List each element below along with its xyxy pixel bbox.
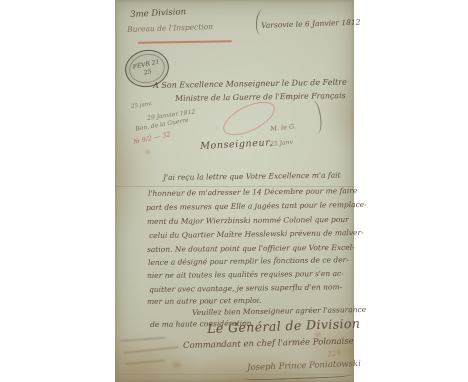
body-line: J'ai reçu la lettre que Votre Excellence… — [163, 172, 341, 182]
body-line: sation. Ne doutant point que l'officier … — [147, 244, 355, 254]
body-line: celui du Quartier Maître Hesslewski prév… — [149, 229, 364, 239]
margin-note-small: 25 janv. — [131, 102, 153, 110]
body-line: lence a désigné pour remplir les fonctio… — [148, 256, 349, 266]
right-note-date: 25 Janv — [270, 140, 293, 148]
right-note-initials: M. le G. — [270, 123, 296, 132]
body-line: l'honneur de m'adresser le 14 Décembre p… — [148, 187, 357, 197]
header-division: 3me Division — [130, 8, 186, 19]
body-line: quitter avec avantage, je serais superfl… — [149, 283, 342, 293]
stain-spot — [173, 362, 181, 368]
right-note-flourish — [309, 99, 324, 134]
closing-title: Le Général de Division — [207, 318, 360, 336]
red-underline — [138, 40, 232, 43]
photo-background: 3me Division Bureau de l'Inspection FÉVR… — [0, 0, 468, 382]
header-bureau: Bureau de l'Inspection — [127, 23, 213, 33]
body-line: ment du Major Wierzbinski nommé Colonel … — [147, 216, 349, 226]
pencil-scribble — [123, 346, 179, 353]
salutation: Monseigneur, — [200, 138, 273, 151]
body-line: part des mesures que Elle a jugées tant … — [146, 201, 367, 212]
margin-note-red: № 9/2 — 32 — [133, 131, 171, 145]
signature: Joseph Prince Poniatowski — [247, 360, 361, 372]
body-line: Veuillez bien Monseigneur agréer l'assur… — [192, 306, 366, 317]
pencil-scribble — [120, 337, 166, 342]
stain-spot — [315, 332, 321, 337]
stain-spot — [145, 150, 150, 154]
letter-document: 3me Division Bureau de l'Inspection FÉVR… — [115, 0, 354, 382]
address-line-1: A Son Excellence Monseigneur le Duc de F… — [153, 79, 347, 90]
dateline: Varsovie le 6 Janvier 1812 — [261, 19, 361, 30]
closing-subtitle: Commandant en chef l'armée Polonaise — [183, 338, 354, 351]
registry-number: 228 — [327, 350, 341, 359]
body-line: mer un autre pour cet emploi. — [147, 297, 262, 306]
body-line: nier ne ait toutes les qualités requises… — [147, 270, 344, 280]
pencil-scribble — [125, 360, 165, 365]
